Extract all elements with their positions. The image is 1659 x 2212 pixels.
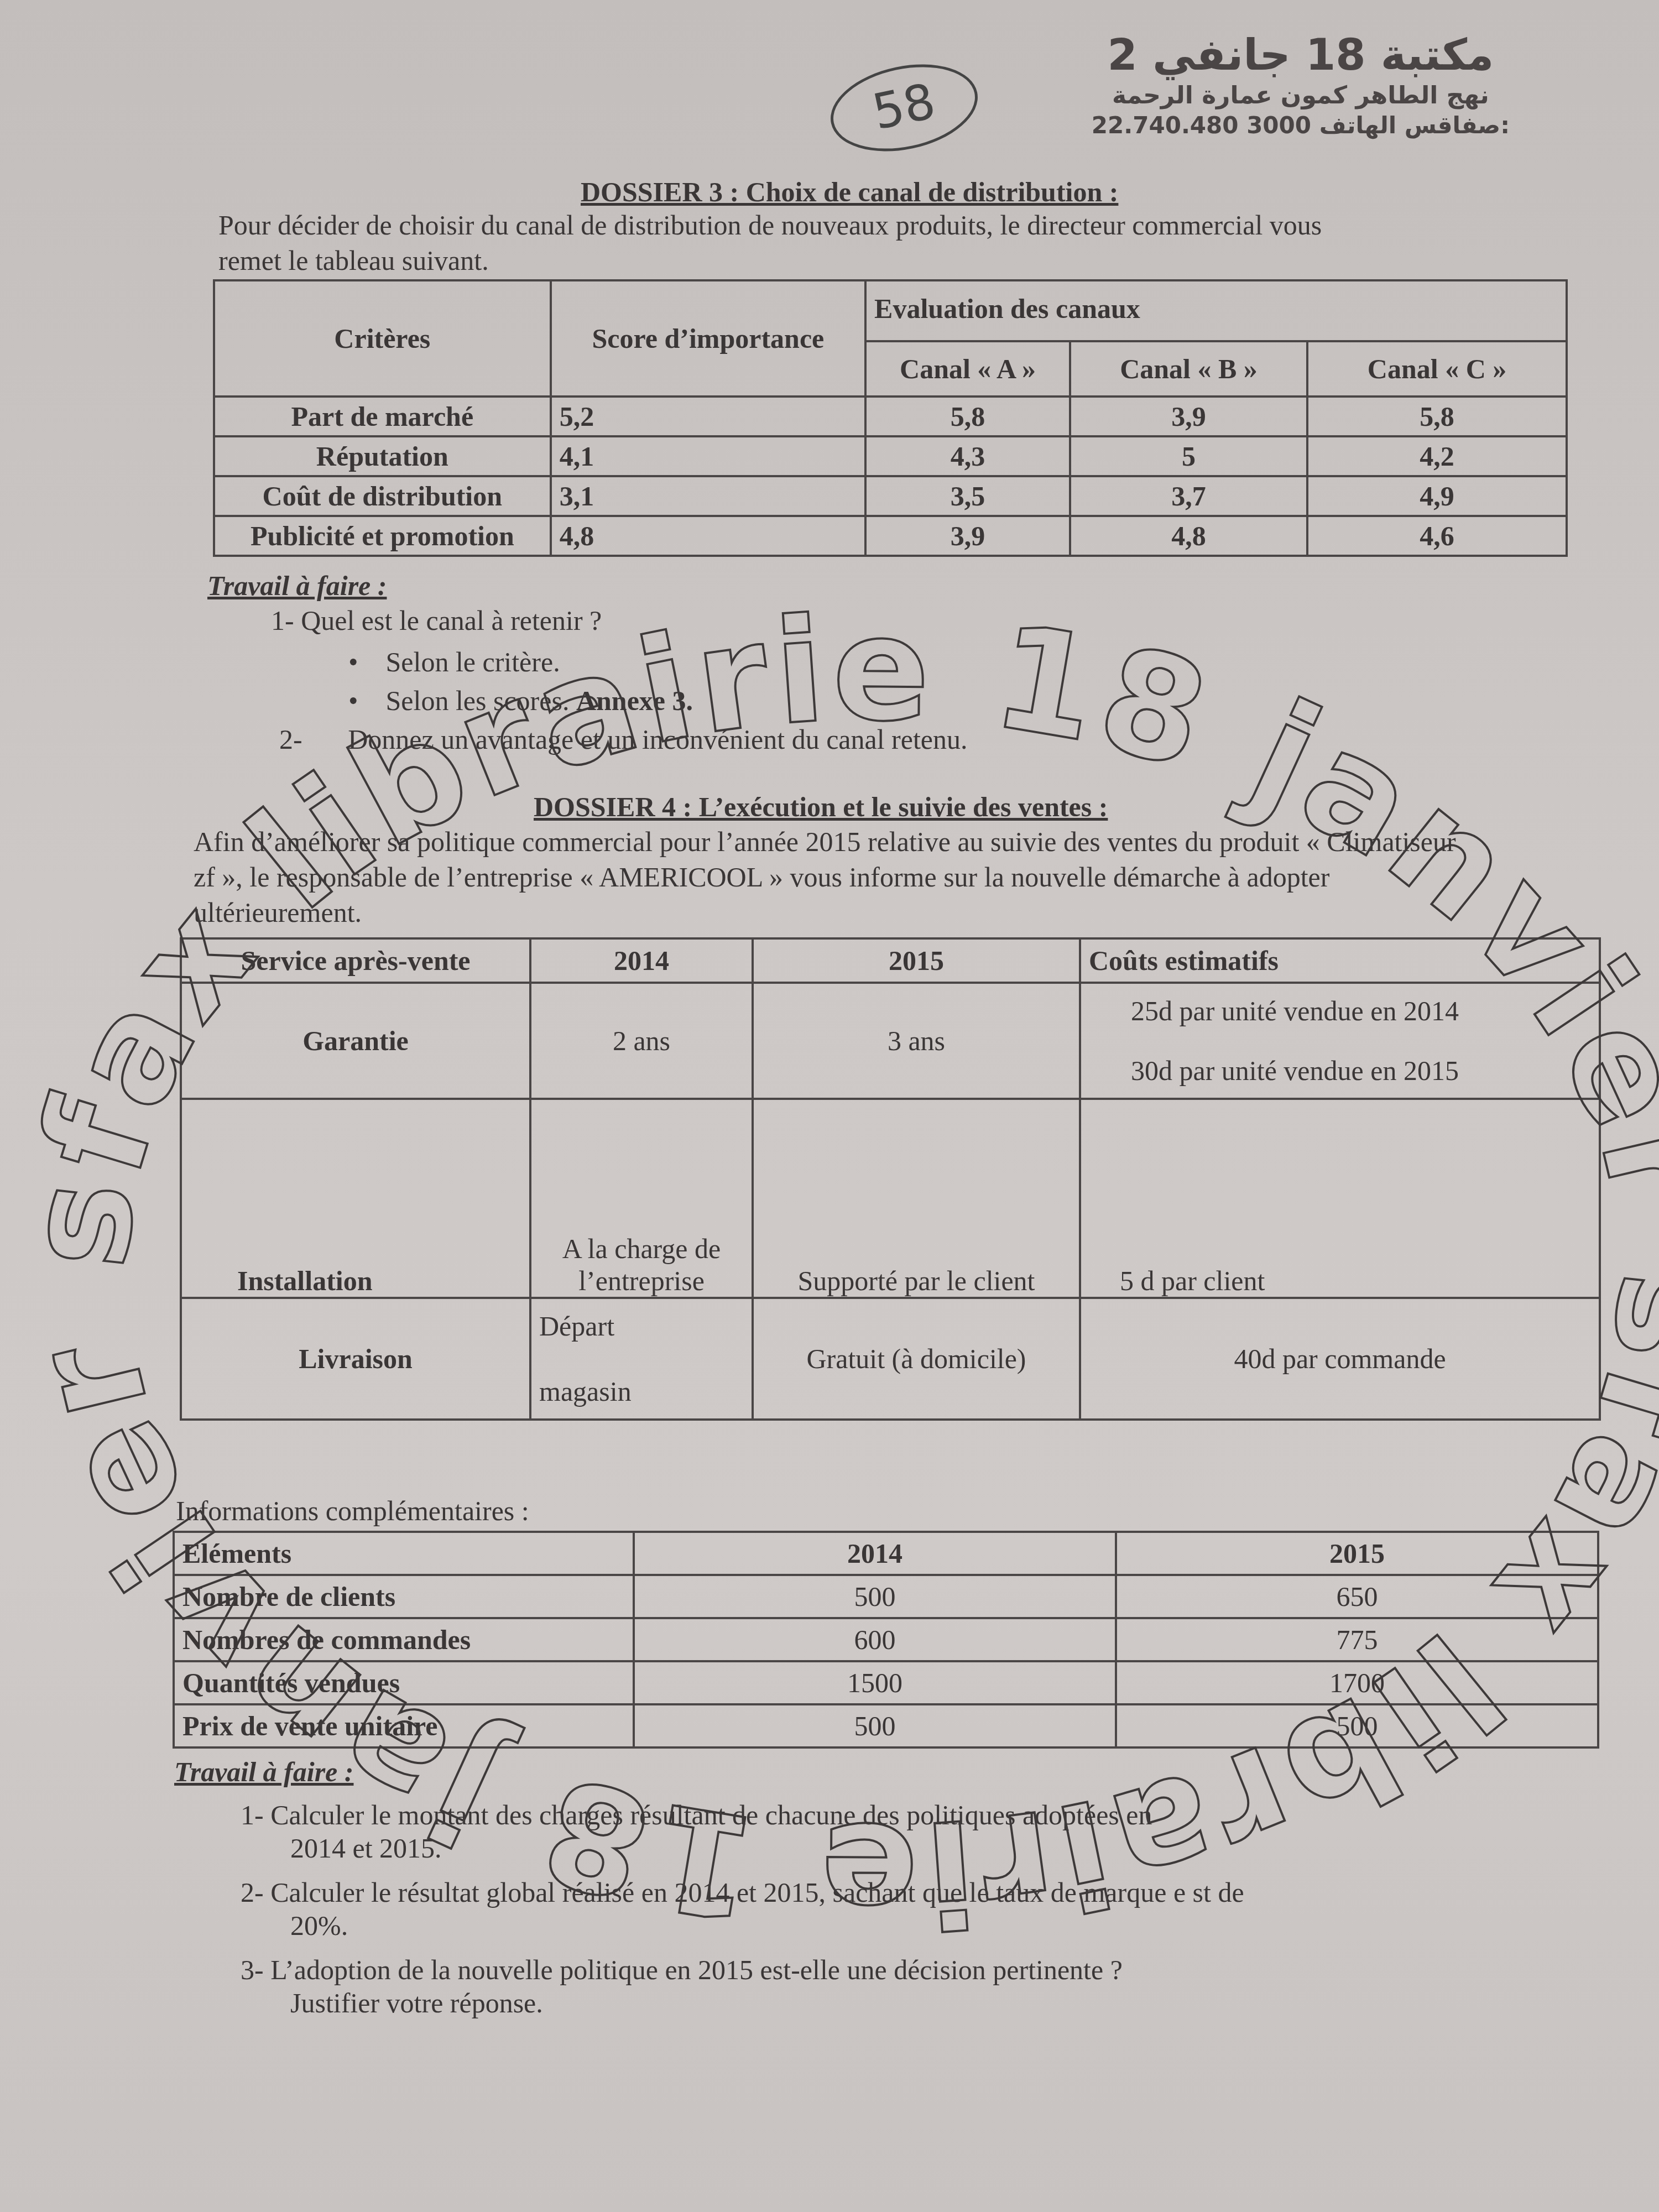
header-costs: Coûts estimatifs xyxy=(1080,938,1600,983)
cost-line: 30d par unité vendue en 2015 xyxy=(1131,1055,1591,1087)
dossier4-question-3-cont: Justifier votre réponse. xyxy=(290,1985,543,2021)
cost-line: 40d par commande xyxy=(1080,1298,1600,1420)
service-label: Installation xyxy=(181,1099,530,1298)
dossier4-question-1: 1- Calculer le montant des charges résul… xyxy=(241,1797,1152,1833)
table-row: Nombre de clients 500 650 xyxy=(174,1575,1598,1618)
table-row: Coût de distribution 3,1 3,5 3,7 4,9 xyxy=(214,476,1567,516)
dossier4-question-1-cont: 2014 et 2015. xyxy=(290,1830,442,1866)
cost-line: 25d par unité vendue en 2014 xyxy=(1131,995,1591,1027)
dossier4-intro: Afin d’améliorer sa politique commercial… xyxy=(194,824,1482,930)
canal-b-value: 5 xyxy=(1070,436,1307,476)
bullet-icon: • xyxy=(348,685,386,716)
dossier3-question-2: 2- Donnez un avantage et un inconvénient… xyxy=(279,722,968,757)
value-2014: 1500 xyxy=(634,1661,1116,1704)
dossier4-work-title: Travail à faire : xyxy=(174,1756,353,1788)
dossier4-question-2: 2- Calculer le résultat global réalisé e… xyxy=(241,1875,1244,1910)
value-2015: 3 ans xyxy=(753,983,1080,1099)
service-label: Garantie xyxy=(181,983,530,1099)
criterion: Publicité et promotion xyxy=(214,516,551,556)
stamp-name: مكتبة 18 جانفي 2 xyxy=(1092,30,1510,80)
service-label: Livraison xyxy=(181,1298,530,1420)
dossier3-bullet-1: • Selon le critère. xyxy=(348,644,560,680)
value-line: Départ xyxy=(539,1310,744,1342)
dossier3-intro: Pour décider de choisir du canal de dist… xyxy=(218,207,1352,278)
canal-a-value: 3,5 xyxy=(865,476,1070,516)
canal-c-value: 5,8 xyxy=(1307,397,1567,436)
value-2014: 500 xyxy=(634,1704,1116,1747)
header-elements: Eléments xyxy=(174,1532,634,1575)
table-row: Livraison Départ magasin Gratuit (à domi… xyxy=(181,1298,1600,1420)
dossier3-question-1: 1- Quel est le canal à retenir ? xyxy=(271,603,602,638)
element-label: Nombres de commandes xyxy=(174,1618,634,1661)
value-2014: 600 xyxy=(634,1618,1116,1661)
table-row: Quantités vendues 1500 1700 xyxy=(174,1661,1598,1704)
header-score: Score d’importance xyxy=(551,280,865,397)
after-sales-service-table: Service après-vente 2014 2015 Coûts esti… xyxy=(180,937,1601,1421)
table-row: Part de marché 5,2 5,8 3,9 5,8 xyxy=(214,397,1567,436)
canal-c-value: 4,9 xyxy=(1307,476,1567,516)
question-text: Donnez un avantage et un inconvénient du… xyxy=(348,724,967,755)
header-2014: 2014 xyxy=(530,938,753,983)
header-criteria: Critères xyxy=(214,280,551,397)
stamp-address: نهج الطاهر كمون عمارة الرحمة xyxy=(1092,80,1510,111)
table-row: Nombres de commandes 600 775 xyxy=(174,1618,1598,1661)
canal-a-value: 4,3 xyxy=(865,436,1070,476)
value-line: magasin xyxy=(539,1375,744,1407)
element-label: Nombre de clients xyxy=(174,1575,634,1618)
dossier3-bullet-2: • Selon les scores. Annexe 3. xyxy=(348,683,693,718)
bullet-text: Selon les scores. xyxy=(386,685,570,716)
value-2015: 1700 xyxy=(1116,1661,1598,1704)
table-row: Prix de vente unitaire 500 500 xyxy=(174,1704,1598,1747)
canal-c-value: 4,2 xyxy=(1307,436,1567,476)
header-2015: 2015 xyxy=(753,938,1080,983)
value-2015: Supporté par le client xyxy=(753,1099,1080,1298)
value-2014: 2 ans xyxy=(530,983,753,1099)
score: 4,8 xyxy=(551,516,865,556)
info-title: Informations complémentaires : xyxy=(176,1493,529,1528)
dossier4-question-2-cont: 20%. xyxy=(290,1908,348,1943)
dossier3-title: DOSSIER 3 : Choix de canal de distributi… xyxy=(581,176,1118,208)
value-2015: 650 xyxy=(1116,1575,1598,1618)
header-2014: 2014 xyxy=(634,1532,1116,1575)
element-label: Quantités vendues xyxy=(174,1661,634,1704)
canal-b-value: 3,7 xyxy=(1070,476,1307,516)
criterion: Réputation xyxy=(214,436,551,476)
score: 4,1 xyxy=(551,436,865,476)
annex-reference: Annexe 3. xyxy=(576,685,693,716)
value-2014: A la charge de l’entreprise xyxy=(530,1099,753,1298)
bullet-text: Selon le critère. xyxy=(386,646,560,677)
score: 5,2 xyxy=(551,397,865,436)
value-2015: 500 xyxy=(1116,1704,1598,1747)
dossier4-question-3: 3- L’adoption de la nouvelle politique e… xyxy=(241,1952,1123,1987)
table-row: Réputation 4,1 4,3 5 4,2 xyxy=(214,436,1567,476)
header-service: Service après-vente xyxy=(181,938,530,983)
header-evaluation: Evaluation des canaux xyxy=(865,280,1567,341)
element-label: Prix de vente unitaire xyxy=(174,1704,634,1747)
cost-line: 5 d par client xyxy=(1080,1099,1600,1298)
table-row: Garantie 2 ans 3 ans 25d par unité vendu… xyxy=(181,983,1600,1099)
header-canal-a: Canal « A » xyxy=(865,341,1070,397)
table-row: Installation A la charge de l’entreprise… xyxy=(181,1099,1600,1298)
header-2015: 2015 xyxy=(1116,1532,1598,1575)
value-2014: Départ magasin xyxy=(530,1298,753,1420)
question-number: 2- xyxy=(279,724,302,755)
header-canal-c: Canal « C » xyxy=(1307,341,1567,397)
dossier3-work-title: Travail à faire : xyxy=(207,570,387,602)
complementary-info-table: Eléments 2014 2015 Nombre de clients 500… xyxy=(173,1531,1599,1749)
criterion: Coût de distribution xyxy=(214,476,551,516)
criterion: Part de marché xyxy=(214,397,551,436)
table-row: Publicité et promotion 4,8 3,9 4,8 4,6 xyxy=(214,516,1567,556)
dossier4-title: DOSSIER 4 : L’exécution et le suivie des… xyxy=(534,791,1108,823)
cost-cell: 25d par unité vendue en 2014 30d par uni… xyxy=(1080,983,1600,1099)
header-canal-b: Canal « B » xyxy=(1070,341,1307,397)
value-2015: Gratuit (à domicile) xyxy=(753,1298,1080,1420)
bullet-icon: • xyxy=(348,646,386,677)
handwritten-page-number: 58 xyxy=(822,52,985,164)
canal-c-value: 4,6 xyxy=(1307,516,1567,556)
score: 3,1 xyxy=(551,476,865,516)
canal-a-value: 3,9 xyxy=(865,516,1070,556)
value-2015: 775 xyxy=(1116,1618,1598,1661)
stamp-phone: 22.740.480 صفاقس الهاتف 3000: xyxy=(1092,111,1510,140)
canal-b-value: 3,9 xyxy=(1070,397,1307,436)
canal-b-value: 4,8 xyxy=(1070,516,1307,556)
channel-evaluation-table: Critères Score d’importance Evaluation d… xyxy=(213,279,1568,557)
bookstore-stamp: مكتبة 18 جانفي 2 نهج الطاهر كمون عمارة ا… xyxy=(1092,30,1510,140)
value-2014: 500 xyxy=(634,1575,1116,1618)
canal-a-value: 5,8 xyxy=(865,397,1070,436)
